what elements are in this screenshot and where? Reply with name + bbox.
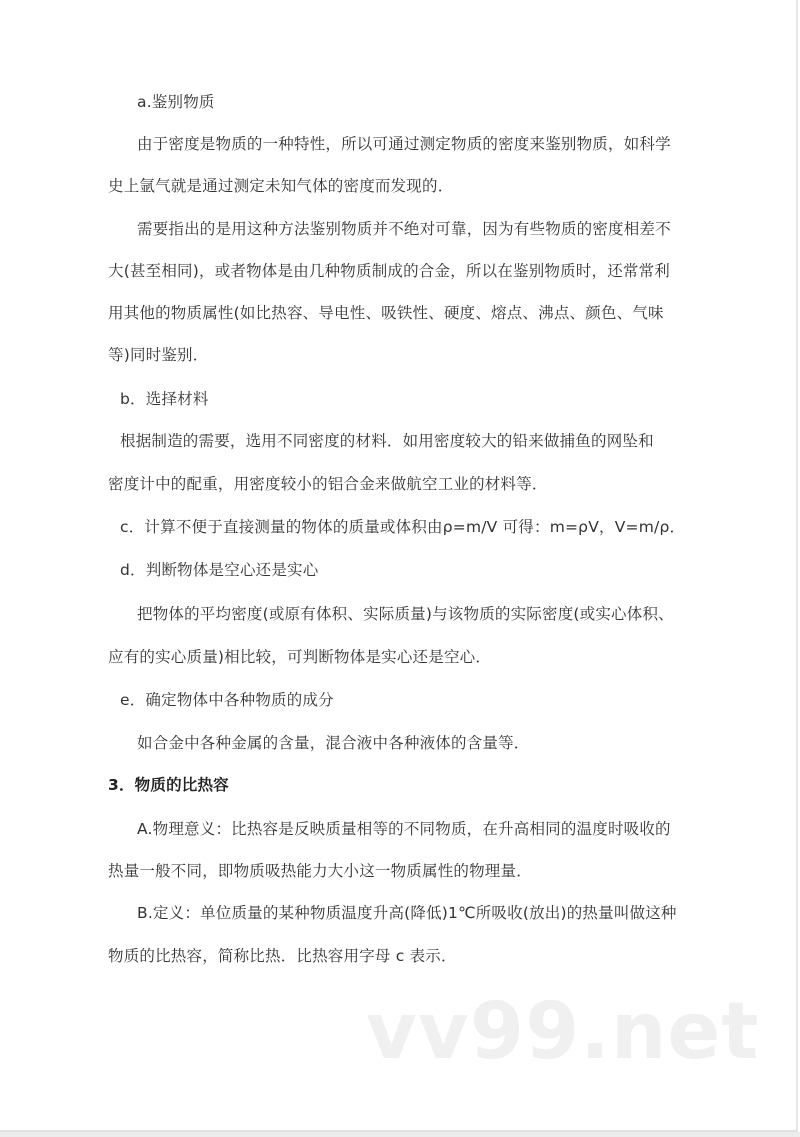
section-heading: 3．物质的比热容 (108, 775, 229, 795)
paragraph-line: 密度计中的配重，用密度较小的铝合金来做航空工业的材料等． (108, 474, 548, 494)
paragraph-line: 需要指出的是用这种方法鉴别物质并不绝对可靠，因为有些物质的密度相差不 (137, 219, 671, 239)
paragraph-line: d．判断物体是空心还是实心 (120, 560, 318, 580)
paragraph-line: a.鉴别物质 (137, 92, 215, 112)
paragraph-line: 由于密度是物质的一种特性，所以可通过测定物质的密度来鉴别物质，如科学 (137, 134, 671, 154)
paragraph-line: 如合金中各种金属的含量，混合液中各种液体的含量等． (137, 733, 530, 753)
paragraph-line: 应有的实心质量)相比较，可判断物体是实心还是空心． (108, 647, 491, 667)
paragraph-line: 物质的比热容，简称比热．比热容用字母 c 表示． (108, 946, 457, 966)
document-page: a.鉴别物质由于密度是物质的一种特性，所以可通过测定物质的密度来鉴别物质，如科学… (0, 0, 798, 1132)
paragraph-line: 大(甚至相同)，或者物体是由几种物质制成的合金，所以在鉴别物质时，还常常利 (108, 261, 670, 281)
paragraph-line: 把物体的平均密度(或原有体积、实际质量)与该物质的实际密度(或实心体积、 (137, 604, 674, 624)
page-bottom-edge (0, 1132, 800, 1137)
paragraph-line: 用其他的物质属性(如比热容、导电性、吸铁性、硬度、熔点、沸点、颜色、气味 (108, 303, 664, 323)
watermark: vv99.net (366, 992, 760, 1072)
paragraph-line: c．计算不便于直接测量的物体的质量或体积由ρ=m/V 可得：m=ρV，V=m/ρ… (120, 517, 685, 537)
paragraph-line: B.定义：单位质量的某种物质温度升高(降低)1℃所吸收(放出)的热量叫做这种 (137, 903, 677, 923)
paragraph-line: b．选择材料 (120, 389, 209, 409)
paragraph-line: 热量一般不同，即物质吸热能力大小这一物质属性的物理量． (108, 861, 532, 881)
paragraph-line: 根据制造的需要，选用不同密度的材料．如用密度较大的铅来做捕鱼的网坠和 (120, 431, 654, 451)
paragraph-line: 史上氩气就是通过测定未知气体的密度而发现的． (108, 176, 453, 196)
paragraph-line: e．确定物体中各种物质的成分 (120, 690, 334, 710)
paragraph-line: 等)同时鉴别． (108, 345, 208, 365)
paragraph-line: A.物理意义：比热容是反映质量相等的不同物质，在升高相同的温度时吸收的 (137, 819, 671, 839)
